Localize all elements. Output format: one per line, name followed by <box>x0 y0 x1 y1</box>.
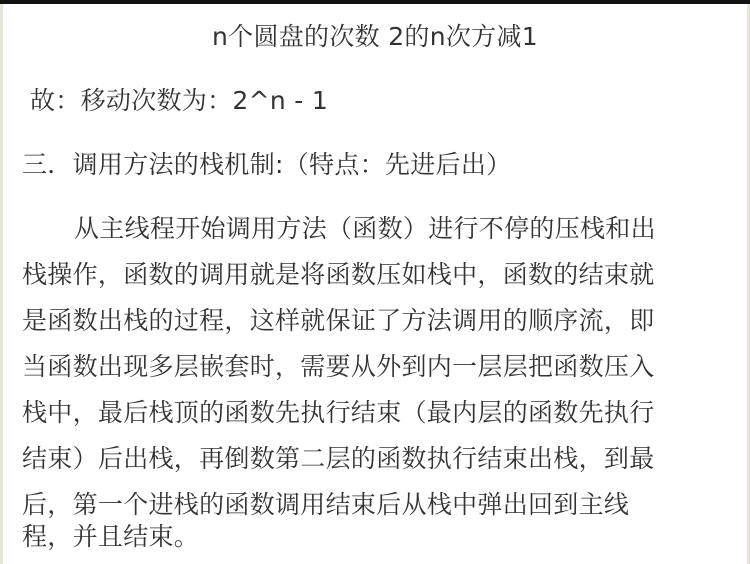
paragraph-line: 程，并且结束。 <box>22 522 199 552</box>
paragraph-line: 栈中，最后栈顶的函数先执行结束（最内层的函数先执行 <box>22 398 655 428</box>
section-heading: 三．调用方法的栈机制:（特点：先进后出） <box>22 150 511 180</box>
left-border <box>0 4 3 564</box>
conclusion-text: 故：移动次数为：2^n - 1 <box>30 86 328 116</box>
paragraph-line: 结束）后出栈，再倒数第二层的函数执行结束出栈，到最 <box>22 444 655 474</box>
paragraph-line: 后，第一个进栈的函数调用结束后从栈中弹出回到主线 <box>22 490 629 520</box>
paragraph-line: 是函数出栈的过程，这样就保证了方法调用的顺序流，即 <box>22 306 655 336</box>
paragraph-line: 栈操作，函数的调用就是将函数压如栈中，函数的结束就 <box>22 260 655 290</box>
top-border <box>0 0 750 4</box>
paragraph-line: 从主线程开始调用方法（函数）进行不停的压栈和出 <box>74 214 656 244</box>
paragraph-line: 当函数出现多层嵌套时，需要从外到内一层层把函数压入 <box>22 352 655 382</box>
caption: n个圆盘的次数 2的n次方减1 <box>0 22 750 52</box>
